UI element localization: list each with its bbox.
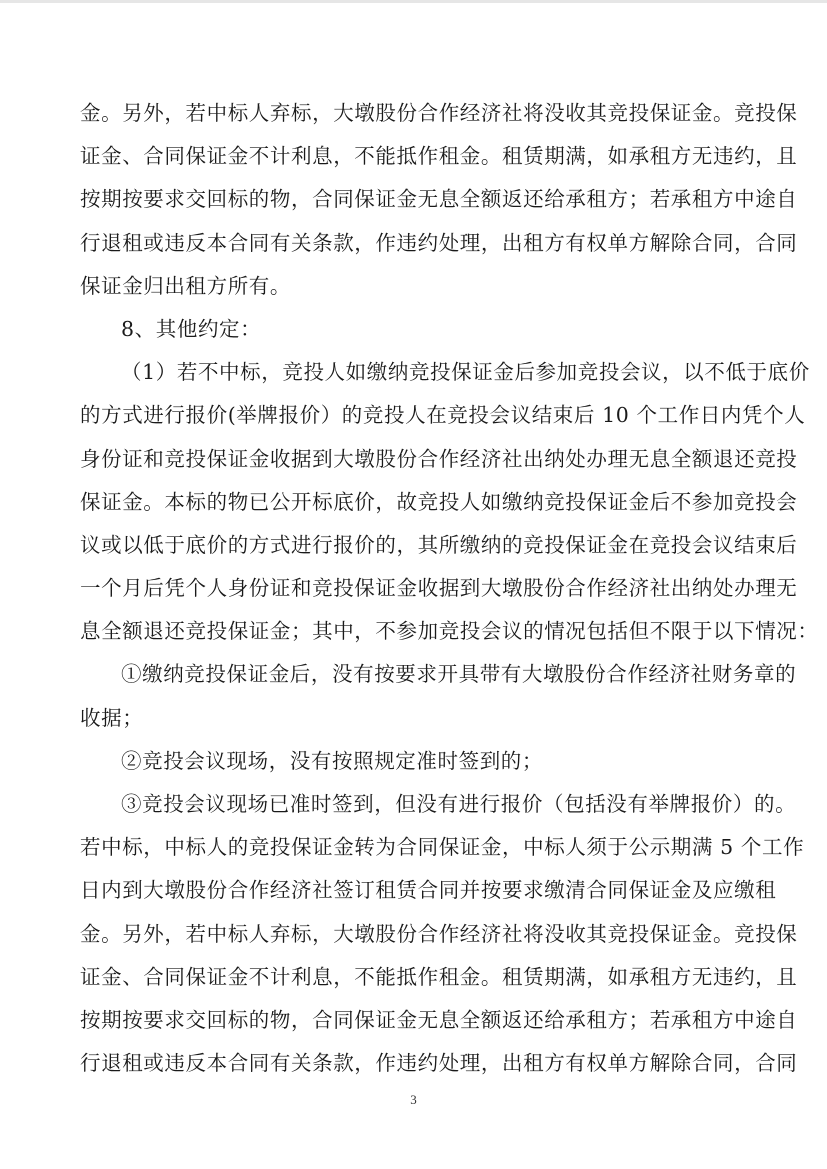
section-heading-8: 8、其他约定： — [80, 308, 752, 351]
text-line-17: ③竞投会议现场已准时签到，但没有进行报价（包括没有举牌报价）的。 — [80, 783, 752, 826]
text-line-12: 一个月后凭个人身份证和竞投保证金收据到大墩股份合作经济社出纳处办理无 — [80, 567, 752, 610]
scan-top-edge — [0, 0, 827, 3]
text-line-20: 金。另外，若中标人弃标，大墩股份合作经济社将没收其竞投保证金。竞投保 — [80, 913, 752, 956]
text-line-2: 证金、合同保证金不计利息，不能抵作租金。租赁期满，如承租方无违约，且 — [80, 135, 752, 178]
document-body: 金。另外，若中标人弃标，大墩股份合作经济社将没收其竞投保证金。竞投保 证金、合同… — [80, 92, 752, 1085]
text-line-10: 保证金。本标的物已公开标底价，故竞投人如缴纳竞投保证金后不参加竞投会 — [80, 481, 752, 524]
text-line-7: （1）若不中标，竞投人如缴纳竞投保证金后参加竞投会议，以不低于底价 — [80, 351, 752, 394]
page-number: 3 — [0, 1092, 827, 1108]
text-line-16: ②竞投会议现场，没有按照规定准时签到的； — [80, 740, 752, 783]
text-line-8: 的方式进行报价(举牌报价）的竞投人在竞投会议结束后 10 个工作日内凭个人 — [80, 394, 752, 437]
text-line-22: 按期按要求交回标的物，合同保证金无息全额返还给承租方；若承租方中途自 — [80, 999, 752, 1042]
text-line-18: 若中标，中标人的竞投保证金转为合同保证金，中标人须于公示期满 5 个工作 — [80, 826, 752, 869]
text-line-1: 金。另外，若中标人弃标，大墩股份合作经济社将没收其竞投保证金。竞投保 — [80, 92, 752, 135]
text-line-21: 证金、合同保证金不计利息，不能抵作租金。租赁期满，如承租方无违约，且 — [80, 956, 752, 999]
text-line-9: 身份证和竞投保证金收据到大墩股份合作经济社出纳处办理无息全额退还竞投 — [80, 438, 752, 481]
text-line-23: 行退租或违反本合同有关条款，作违约处理，出租方有权单方解除合同，合同 — [80, 1042, 752, 1085]
text-line-5: 保证金归出租方所有。 — [80, 265, 752, 308]
text-line-19: 日内到大墩股份合作经济社签订租赁合同并按要求缴清合同保证金及应缴租 — [80, 869, 752, 912]
text-line-3: 按期按要求交回标的物，合同保证金无息全额返还给承租方；若承租方中途自 — [80, 178, 752, 221]
text-line-15: 收据； — [80, 697, 752, 740]
text-line-14: ①缴纳竞投保证金后，没有按要求开具带有大墩股份合作经济社财务章的 — [80, 653, 752, 696]
text-line-13: 息全额退还竞投保证金；其中，不参加竞投会议的情况包括但不限于以下情况： — [80, 610, 752, 653]
text-line-4: 行退租或违反本合同有关条款，作违约处理，出租方有权单方解除合同，合同 — [80, 222, 752, 265]
text-line-11: 议或以低于底价的方式进行报价的，其所缴纳的竞投保证金在竞投会议结束后 — [80, 524, 752, 567]
